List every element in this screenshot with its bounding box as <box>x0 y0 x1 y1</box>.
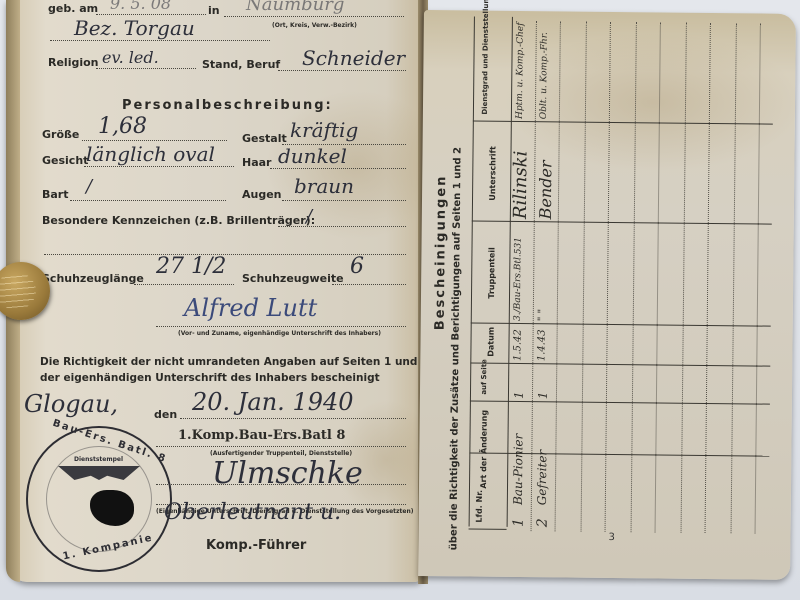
born-on-value: 9. 5. 08 <box>110 0 171 13</box>
dotted-line <box>180 418 406 419</box>
dotted-line <box>134 284 234 285</box>
beard-label: Bart <box>42 188 69 201</box>
dotted-line <box>278 70 406 71</box>
row-2-nr: 2 <box>535 518 551 527</box>
section-title-personal-description: Personalbeschreibung: <box>122 98 333 113</box>
religion-label: Religion <box>48 56 99 69</box>
column-header-nr: Lfd. Nr. <box>475 490 484 523</box>
table-border <box>469 17 475 527</box>
stamp-middle-text: Dienststempel <box>74 456 123 463</box>
row-1-rank: Hptm. u. Komp.-Chef <box>515 23 526 120</box>
born-on-label: geb. am <box>48 2 98 15</box>
shoe-width-value: 6 <box>350 254 364 279</box>
hair-value: dunkel <box>278 144 347 168</box>
dotted-line <box>278 226 406 227</box>
certificates-title: Bescheinigungen <box>433 175 450 331</box>
row-1-nr: 1 <box>511 518 527 527</box>
dotted-line <box>156 446 406 447</box>
row-1-change: Bau-Pionier <box>511 434 526 505</box>
holder-signature-hint: (Vor- und Zuname, eigenhändige Unterschr… <box>178 330 381 337</box>
row-2-unit: " " <box>537 309 548 322</box>
right-page: Bescheinigungen über die Richtigkeit der… <box>418 10 796 580</box>
dotted-line <box>156 326 406 327</box>
row-1-page: 1 <box>512 391 526 399</box>
officer-signature: Ulmschke <box>212 456 363 491</box>
eyes-label: Augen <box>242 188 282 201</box>
row-2-date: 1.4.43 <box>536 329 547 361</box>
page-number: 3 <box>608 532 614 543</box>
dotted-line <box>50 40 270 41</box>
dotted-line <box>82 140 227 141</box>
face-value: länglich oval <box>86 142 215 166</box>
row-1-unit: 3./Bau-Ers.Btl.531 <box>513 237 524 321</box>
official-stamp: Bau-Ers. Batl. 8 Dienststempel 1. Kompan… <box>26 426 172 572</box>
column-header-rank: Dienstgrad und Dienststellung <box>481 0 490 115</box>
issue-date: 20. Jan. 1940 <box>192 388 354 416</box>
column-header-date: Datum <box>486 327 495 357</box>
dotted-line <box>96 14 206 15</box>
dotted-line <box>70 200 226 201</box>
place-hint: (Ort, Kreis, Verw.-Bezirk) <box>272 22 357 29</box>
born-in-label: in <box>208 4 220 17</box>
holder-signature: Alfred Lutt <box>184 294 317 322</box>
face-label: Gesicht <box>42 154 88 167</box>
issuing-unit: 1.Komp.Bau-Ers.Batl 8 <box>178 428 345 443</box>
dotted-line <box>96 68 196 69</box>
shoe-width-label: Schuhzeugweite <box>242 272 344 285</box>
dotted-line <box>332 284 406 285</box>
row-2-rank: Oblt. u. Komp.-Fhr. <box>539 32 550 119</box>
dotted-line <box>270 168 406 169</box>
left-page: geb. am 9. 5. 08 in Naumburg Bez. Torgau… <box>6 0 424 582</box>
religion-value: ev. led. <box>102 48 159 67</box>
special-marks-value: / <box>306 206 312 227</box>
height-value: 1,68 <box>98 114 147 139</box>
certification-text-line-1: Die Richtigkeit der nicht umrandeten Ang… <box>40 356 455 368</box>
column-header-change: Art der Änderung <box>479 410 489 489</box>
table-border <box>469 528 507 529</box>
dotted-line <box>282 200 406 201</box>
row-2-change: Gefreiter <box>535 450 550 506</box>
eyes-value: braun <box>294 174 354 198</box>
certificates-subtitle: über die Richtigkeit der Zusätze und Ber… <box>448 147 463 550</box>
certification-text-line-2: der eigenhändigen Unterschrift des Inhab… <box>40 372 380 384</box>
column-divider <box>471 323 771 327</box>
hair-label: Haar <box>242 156 271 169</box>
dotted-line <box>224 16 404 17</box>
den-label: den <box>154 408 177 421</box>
coin-ridges <box>0 272 36 310</box>
dotted-line <box>84 166 234 167</box>
place-line2-value: Bez. Torgau <box>74 16 195 40</box>
column-header-unit: Truppenteil <box>487 247 497 299</box>
row-2-signature: Bender <box>536 160 556 219</box>
born-in-value: Naumburg <box>246 0 344 15</box>
height-label: Größe <box>42 128 79 141</box>
occupation-label: Stand, Beruf <box>202 58 280 71</box>
build-value: kräftig <box>290 118 358 142</box>
column-divider <box>470 401 770 405</box>
column-divider <box>470 363 770 367</box>
shoe-length-value: 27 1/2 <box>156 254 226 279</box>
occupation-value: Schneider <box>302 46 405 70</box>
column-header-page: auf Seite <box>480 359 488 395</box>
beard-value: / <box>86 176 92 197</box>
column-header-signature: Unterschrift <box>488 146 498 201</box>
officer-rank: Oberleutnant u. <box>164 500 341 525</box>
special-marks-label: Besondere Kennzeichen (z.B. Brillenträge… <box>42 214 315 227</box>
row-1-signature: Rilinski <box>510 151 532 220</box>
officer-title: Komp.-Führer <box>206 538 306 553</box>
issue-place: Glogau, <box>24 390 118 418</box>
shoe-length-label: Schuhzeuglänge <box>42 272 144 285</box>
row-1-date: 1.5.42 <box>512 329 523 361</box>
row-2-page: 1 <box>536 392 550 400</box>
column-divider <box>472 221 772 225</box>
